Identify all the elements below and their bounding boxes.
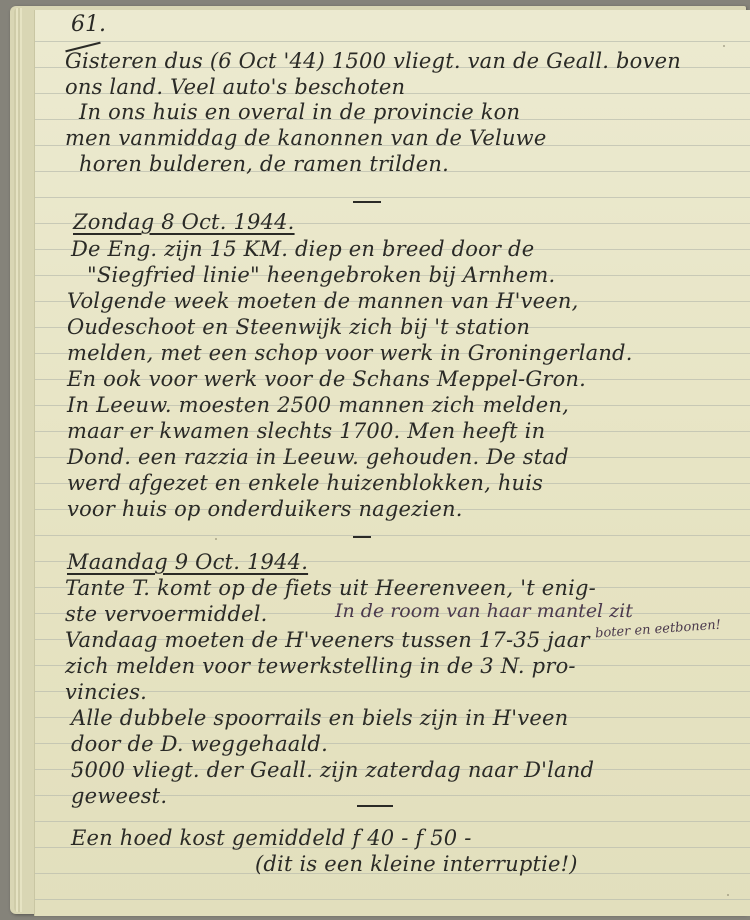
- section-divider: [353, 201, 381, 203]
- section-divider: [353, 536, 371, 538]
- rule-line: [35, 899, 750, 900]
- page-number: 61.: [71, 12, 106, 37]
- entry-line: Een hoed kost gemiddeld f 40 - f 50 -: [71, 826, 472, 850]
- rule-line: [35, 41, 750, 42]
- entry-line: voor huis op onderduikers nagezien.: [67, 497, 463, 521]
- entry-line: Dond. een razzia in Leeuw. gehouden. De …: [67, 445, 569, 469]
- entry-line: De Eng. zijn 15 KM. diep en breed door d…: [71, 237, 534, 261]
- notebook-page-stack: 61. Gisteren dus (6 Oct '44) 1500 vliegt…: [10, 6, 746, 914]
- entry-line: Alle dubbele spoorrails en biels zijn in…: [71, 706, 568, 730]
- rule-line: [35, 821, 750, 822]
- entry-line: ste vervoermiddel.: [65, 602, 268, 626]
- entry-line: door de D. weggehaald.: [71, 732, 328, 756]
- entry-line: In ons huis en overal in de provincie ko…: [79, 100, 520, 124]
- entry-line: Gisteren dus (6 Oct '44) 1500 vliegt. va…: [65, 49, 681, 73]
- rule-line: [35, 197, 750, 198]
- entry-line: horen bulderen, de ramen trilden.: [79, 152, 449, 176]
- section-divider: [357, 805, 393, 807]
- entry-line: zich melden voor tewerkstelling in de 3 …: [65, 654, 576, 678]
- entry-line: 5000 vliegt. der Geall. zijn zaterdag na…: [71, 758, 594, 782]
- rule-line: [35, 535, 750, 536]
- diary-page: 61. Gisteren dus (6 Oct '44) 1500 vliegt…: [34, 10, 750, 916]
- entry-line: maar er kwamen slechts 1700. Men heeft i…: [67, 419, 545, 443]
- entry-line: (dit is een kleine interruptie!): [255, 852, 578, 876]
- entry-line: Oudeschoot en Steenwijk zich bij 't stat…: [67, 315, 530, 339]
- entry-line: In Leeuw. moesten 2500 mannen zich melde…: [67, 393, 569, 417]
- entry-date-heading: Maandag 9 Oct. 1944.: [67, 550, 308, 574]
- entry-date-heading: Zondag 8 Oct. 1944.: [73, 210, 295, 234]
- entry-line: werd afgezet en enkele huizenblokken, hu…: [67, 471, 543, 495]
- entry-line: Tante T. komt op de fiets uit Heerenveen…: [65, 576, 596, 600]
- paper-speck: [215, 538, 217, 540]
- entry-line: vincies.: [65, 680, 147, 704]
- entry-line: men vanmiddag de kanonnen van de Veluwe: [65, 126, 546, 150]
- paper-speck: [727, 894, 729, 896]
- entry-line: En ook voor werk voor de Schans Meppel-G…: [67, 367, 586, 391]
- entry-line: geweest.: [71, 784, 167, 808]
- entry-line: Vandaag moeten de H'veeners tussen 17-35…: [65, 628, 590, 652]
- entry-line: ons land. Veel auto's beschoten: [65, 75, 405, 99]
- margin-annotation: In de room van haar mantel zit: [335, 600, 633, 622]
- paper-speck: [723, 45, 725, 47]
- entry-line: Volgende week moeten de mannen van H'vee…: [67, 289, 578, 313]
- entry-line: melden, met een schop voor werk in Groni…: [67, 341, 633, 365]
- entry-line: "Siegfried linie" heengebroken bij Arnhe…: [87, 263, 555, 287]
